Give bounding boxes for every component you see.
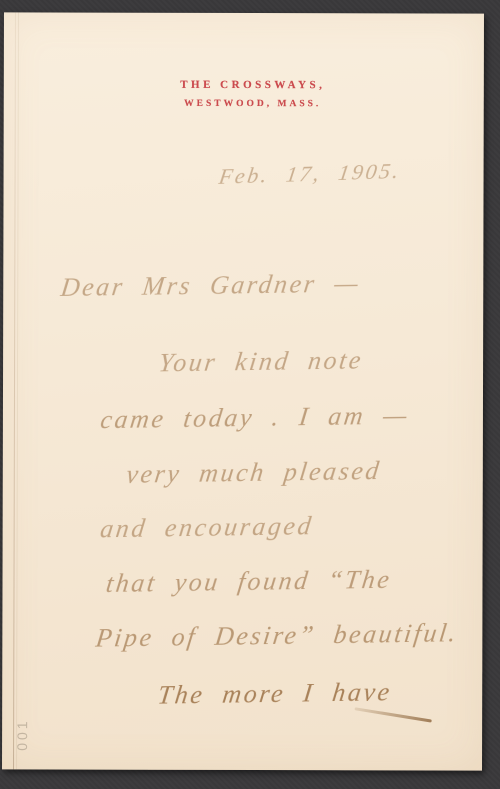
ink-flourish	[354, 707, 431, 722]
letter-page: THE CROSSWAYS, WESTWOOD, MASS. Feb. 17, …	[2, 12, 484, 770]
letterhead: THE CROSSWAYS, WESTWOOD, MASS.	[4, 78, 484, 109]
letterhead-line1: THE CROSSWAYS,	[22, 78, 484, 91]
date-line: Feb. 17, 1905.	[217, 158, 402, 190]
handwriting-line: and encouraged	[99, 511, 316, 544]
letterhead-line2: WESTWOOD, MASS.	[22, 98, 484, 109]
page-marker: 001	[14, 718, 30, 750]
handwriting-line: Pipe of Desire” beautiful.	[94, 618, 460, 653]
handwriting-line: very much pleased	[125, 456, 383, 490]
paper-fold-crease-secondary	[16, 12, 19, 769]
handwriting-line: that you found “The	[104, 565, 393, 599]
salutation-line: Dear Mrs Gardner —	[59, 269, 362, 303]
handwriting-line: Your kind note	[157, 346, 365, 379]
handwriting-line: came today . I am —	[99, 401, 411, 436]
handwriting-line: The more I have	[156, 677, 394, 710]
